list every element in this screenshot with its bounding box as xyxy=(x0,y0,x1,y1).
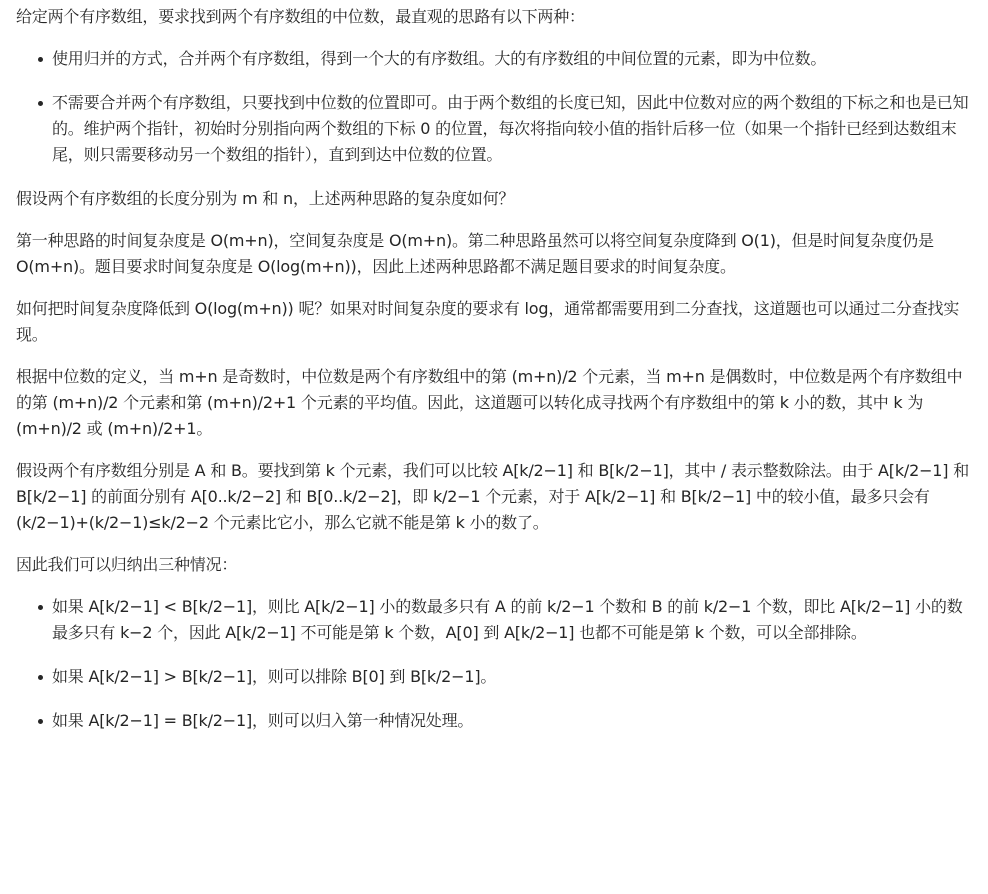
intro-paragraph: 给定两个有序数组，要求找到两个有序数组的中位数，最直观的思路有以下两种： xyxy=(16,4,972,30)
document-body: 给定两个有序数组，要求找到两个有序数组的中位数，最直观的思路有以下两种： 使用归… xyxy=(0,0,988,734)
assumption-paragraph: 假设两个有序数组分别是 A 和 B。要找到第 k 个元素，我们可以比较 A[k/… xyxy=(16,458,972,536)
complexity-paragraph: 第一种思路的时间复杂度是 O(m+n)，空间复杂度是 O(m+n)。第二种思路虽… xyxy=(16,228,972,280)
case-item-less: 如果 A[k/2−1] < B[k/2−1]，则比 A[k/2−1] 小的数最多… xyxy=(52,594,972,646)
approach-item-pointers: 不需要合并两个有序数组，只要找到中位数的位置即可。由于两个数组的长度已知，因此中… xyxy=(52,90,972,168)
cases-list: 如果 A[k/2−1] < B[k/2−1]，则比 A[k/2−1] 小的数最多… xyxy=(16,594,972,734)
case-item-equal: 如果 A[k/2−1] = B[k/2−1]，则可以归入第一种情况处理。 xyxy=(52,708,972,734)
cases-intro-paragraph: 因此我们可以归纳出三种情况： xyxy=(16,552,972,578)
case-item-greater: 如果 A[k/2−1] > B[k/2−1]，则可以排除 B[0] 到 B[k/… xyxy=(52,664,972,690)
approach-item-merge: 使用归并的方式，合并两个有序数组，得到一个大的有序数组。大的有序数组的中间位置的… xyxy=(52,46,972,72)
reduce-paragraph: 如何把时间复杂度降低到 O(log(m+n)) 呢？如果对时间复杂度的要求有 l… xyxy=(16,296,972,348)
definition-paragraph: 根据中位数的定义，当 m+n 是奇数时，中位数是两个有序数组中的第 (m+n)/… xyxy=(16,364,972,442)
question-paragraph: 假设两个有序数组的长度分别为 m 和 n，上述两种思路的复杂度如何？ xyxy=(16,186,972,212)
approaches-list: 使用归并的方式，合并两个有序数组，得到一个大的有序数组。大的有序数组的中间位置的… xyxy=(16,46,972,168)
